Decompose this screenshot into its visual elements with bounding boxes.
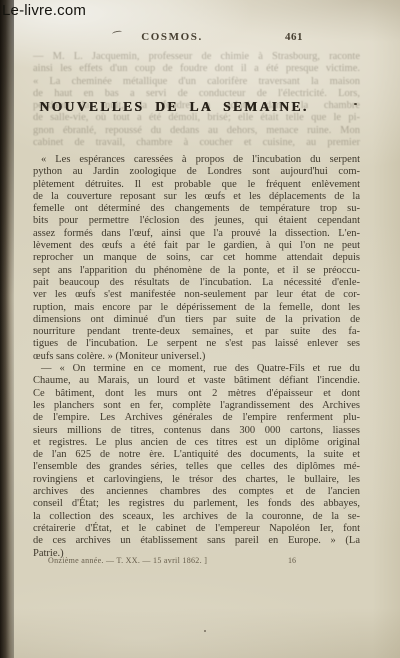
text-line: rovingiens et carlovingiens, le trésor d… (33, 474, 360, 486)
footer-signature-number: 16 (288, 556, 296, 565)
text-line: tigues de l'incubation. Le serpent ne s'… (33, 338, 360, 350)
text-line: lèvement des œufs a été fait par le gard… (33, 240, 360, 252)
page-number: 461 (285, 31, 303, 43)
bleedthrough-line: — M. L. Jacquemin, professeur de chimie … (33, 51, 360, 63)
text-line: Ce bâtiment, dont les murs ont 2 mètres … (33, 388, 360, 400)
text-line: de l'an 625 de notre ère. L'antiquité de… (33, 449, 360, 461)
text-line: la collection des sceaux, les archives d… (33, 511, 360, 523)
text-line: ver les œufs s'est manifestée non-seulem… (33, 289, 360, 301)
ink-speck (354, 103, 357, 105)
bleedthrough-line: gnon ébranlé, repoussé du dedans au deho… (33, 125, 360, 137)
text-line: pait beaucoup des résultats de l'incubat… (33, 277, 360, 289)
footer-volume-date: Onzième année. — T. XX. — 15 avril 1862.… (48, 556, 207, 565)
text-line: de ces archives un établissement sans pa… (33, 535, 360, 547)
watermark-text: Le-livre.com (2, 2, 86, 19)
text-line: l'ensemble des grandes séries, telles qu… (33, 461, 360, 473)
text-line: œufs sans colère. » (Moniteur universel.… (33, 351, 360, 363)
text-line: archives des anciennes chambres des comp… (33, 486, 360, 498)
article-body: « Les espérances caressées à propos de l… (33, 154, 360, 560)
text-line: bits pour permettre l'éclosion des jeune… (33, 215, 360, 227)
text-line: et registres. Le plus ancien de ces titr… (33, 437, 360, 449)
text-line: « Les espérances caressées à propos de l… (33, 154, 360, 166)
scanned-journal-page: Le-livre.com COSMOS. 461 — M. L. Jacquem… (0, 0, 400, 658)
text-line: reprocher un manque de soins, car cet ho… (33, 252, 360, 264)
text-line: dimensions ont diminué d'un tiers par su… (33, 314, 360, 326)
bleedthrough-line: cabinet de travail, chambre à coucher et… (33, 137, 360, 149)
text-line: conseil d'État; les registres du parleme… (33, 498, 360, 510)
text-line: de la couverture reposant sur les œufs e… (33, 191, 360, 203)
section-title: NOUVELLES DE LA SEMAINE. (0, 99, 348, 115)
bleedthrough-line: ainsi les effets d'un coup de foudre don… (33, 63, 360, 75)
text-line: femelle ont déterminé des changements de… (33, 203, 360, 215)
text-line: assez formés dans l'œuf, ainsi que l'a p… (33, 228, 360, 240)
article-archives-empire: — « On termine en ce moment, rue des Qua… (33, 363, 360, 560)
article-serpent-python: « Les espérances caressées à propos de l… (33, 154, 360, 363)
ink-speck (204, 630, 206, 632)
text-line: sept ans l'apparition du phénomène de la… (33, 265, 360, 277)
text-line: crétairerie d'État, et le cabinet de l'e… (33, 523, 360, 535)
text-line: — « On termine en ce moment, rue des Qua… (33, 363, 360, 375)
bleedthrough-line: « La cheminée métallique d'un calorifère… (33, 76, 360, 88)
text-line: nourriture pendant trente-deux semaines,… (33, 326, 360, 338)
text-line: Chaume, au Marais, un lourd et vaste bât… (33, 375, 360, 387)
text-line: python au Jardin zoologique de Londres s… (33, 166, 360, 178)
text-line: les planchers sont en fer, complète l'ag… (33, 400, 360, 412)
text-line: ruption, mais encore par le dépérissemen… (33, 302, 360, 314)
text-line: plètement détruites. Il est probable que… (33, 179, 360, 191)
text-line: de l'empire. Les Archives générales de l… (33, 412, 360, 424)
text-line: sieurs millions de titres, contenus dans… (33, 425, 360, 437)
